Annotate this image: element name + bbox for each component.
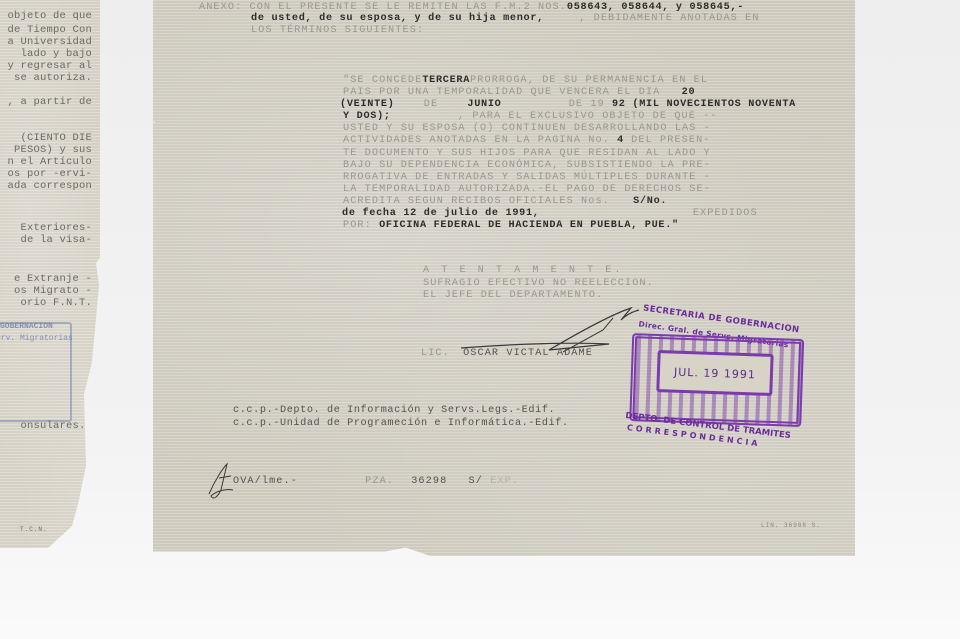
quote-line-12: de fecha 12 de julio de 1991, EXPEDIDOS: [342, 208, 758, 220]
left-text-line: y regresar al: [7, 60, 92, 72]
left-text-line: Exteriores-: [20, 222, 92, 234]
cc-line-1: c.c.p.-Depto. de Información y Servs.Leg…: [233, 405, 555, 417]
left-text-line: , a partir de: [7, 96, 92, 108]
file-label: PZA.: [365, 476, 394, 488]
quote-line-7: TE DOCUMENTO Y SUS HIJOS PARA QUE RESIDA…: [343, 148, 711, 160]
signatory-line: LIC. OSCAR VICTAL ADAME: [421, 348, 593, 360]
footer-code: LIN. 36988 S.: [761, 522, 821, 529]
page-number: 4: [617, 135, 624, 147]
left-text-line: (CIENTO DIE: [20, 132, 92, 144]
left-text-line: de la visa-: [20, 234, 92, 246]
left-text-line: ada correspon: [7, 180, 92, 192]
quote-text: DE 19: [569, 99, 605, 111]
quote-line-13: POR: OFICINA FEDERAL DE HACIENDA EN PUEB…: [343, 220, 679, 232]
quote-text: PRORROGA, DE SU PERMANENCIA EN EL: [470, 75, 708, 87]
left-text-line: a Universidad: [7, 36, 92, 48]
annex-recipients: de usted, de su esposa, y de su hija men…: [251, 13, 544, 25]
left-stamp-line2: erv. Migratorias: [0, 334, 73, 343]
file-number: 36298: [411, 476, 447, 488]
receipt-number: S/No.: [633, 196, 667, 208]
closing-greeting: A T E N T A M E N T E.: [423, 265, 624, 277]
extension-number: TERCERA: [422, 75, 470, 87]
left-text-line: orio F.N.T.: [20, 297, 92, 309]
signatory-prefix: LIC.: [421, 348, 450, 360]
expiry-day-words: (VEINTE): [340, 99, 395, 111]
typist-initials: OVA/lme.-: [233, 476, 298, 488]
left-text-line: PESOS) y sus: [14, 144, 92, 156]
quote-text: , PARA EL EXCLUSIVO OBJETO DE QUE --: [458, 111, 718, 123]
reference-line: OVA/lme.- PZA. 36298 S/ EXP.: [233, 476, 519, 488]
left-text-line: e Extranje -: [14, 273, 92, 285]
expiry-year: 92 (MIL NOVECIENTOS NOVENTA: [612, 99, 796, 111]
quote-text: ACREDITA SEGUN RECIBOS OFICIALES Nos.: [343, 196, 610, 208]
quote-line-2: PAIS POR UNA TEMPORALIDAD QUE VENCERA EL…: [343, 87, 695, 99]
left-footer-mark: T.C.N.: [20, 526, 48, 533]
quote-line-5: USTED Y SU ESPOSA (O) CONTINUEN DESARROL…: [343, 123, 711, 135]
quote-line-1: "SE CONCEDETERCERAPRORROGA, DE SU PERMAN…: [343, 75, 708, 87]
quote-line-3: (VEINTE) DE JUNIO DE 19 92 (MIL NOVECIEN…: [340, 99, 796, 111]
quote-text: ACTIVIDADES ANOTADAS EN LA PAGINA No.: [343, 135, 610, 147]
left-faded-stamp: GOBERNACION erv. Migratorias: [0, 322, 72, 422]
left-text-line: se autoriza.: [14, 72, 92, 84]
left-text-line: onsulares.-: [20, 420, 92, 432]
left-page-fragment: objeto de que de Tiempo Con a Universida…: [0, 0, 100, 548]
quote-line-10: LA TEMPORALIDAD AUTORIZADA.-EL PAGO DE D…: [343, 184, 711, 196]
receipt-date: de fecha 12 de julio de 1991,: [342, 208, 540, 220]
file-suffix: S/: [469, 476, 483, 488]
left-text-line: objeto de que: [7, 10, 92, 22]
signatory-name: OSCAR VICTAL ADAME: [463, 348, 593, 360]
quote-text: EXPEDIDOS: [693, 208, 758, 220]
quote-line-6: ACTIVIDADES ANOTADAS EN LA PAGINA No. 4 …: [343, 135, 711, 147]
issuing-office: OFICINA FEDERAL DE HACIENDA EN PUEBLA, P…: [379, 220, 679, 232]
cc-line-2: c.c.p.-Unidad de Programeción e Informát…: [233, 418, 569, 430]
annex-annotated: , DEBIDAMENTE ANOTADAS EN: [579, 13, 759, 25]
quote-line-11: ACREDITA SEGUN RECIBOS OFICIALES Nos. S/…: [343, 196, 667, 208]
left-text-line: de Tiempo Con: [7, 24, 92, 36]
quote-line-4: Y DOS); , PARA EL EXCLUSIVO OBJETO DE QU…: [343, 111, 718, 123]
annex-terms: LOS TÉRMINOS SIGUIENTES:: [251, 25, 424, 37]
quote-line-9: RROGATIVA DE ENTRADAS Y SALIDAS MÚLTIPLE…: [343, 172, 711, 184]
quote-text: "SE CONCEDE: [343, 75, 422, 87]
left-text-line: os por -ervi-: [7, 168, 92, 180]
expiry-month: JUNIO: [467, 99, 501, 111]
left-stamp-line1: GOBERNACION: [0, 322, 53, 331]
expiry-year-end: Y DOS);: [343, 111, 391, 123]
left-text-line: n el Artículo: [7, 156, 92, 168]
despachado-stamp: SECRETARIA DE GOBERNACION Direc. Gral. d…: [623, 299, 808, 445]
quote-text: DE: [424, 99, 438, 111]
closing-motto: SUFRAGIO EFECTIVO NO REELECCION.: [423, 278, 654, 290]
file-suffix-faint: EXP.: [490, 476, 519, 488]
left-text-line: lado y bajo: [20, 48, 92, 60]
main-document-page: ANEXO: CON EL PRESENTE SE LE REMITEN LAS…: [153, 0, 855, 556]
quote-text: DEL PRESEN-: [631, 135, 710, 147]
annex-line-2: de usted, de su esposa, y de su hija men…: [251, 13, 760, 25]
left-text-line: os Migrato -: [14, 285, 92, 297]
quote-text: POR:: [343, 220, 372, 232]
expiry-day: 20: [682, 87, 696, 99]
stamp-date: JUL. 19 1991: [656, 350, 773, 396]
quote-line-8: BAJO SU DEPENDENCIA ECONÓMICA, SUBSISTIE…: [343, 160, 711, 172]
quote-text: PAIS POR UNA TEMPORALIDAD QUE VENCERA EL…: [343, 87, 660, 99]
